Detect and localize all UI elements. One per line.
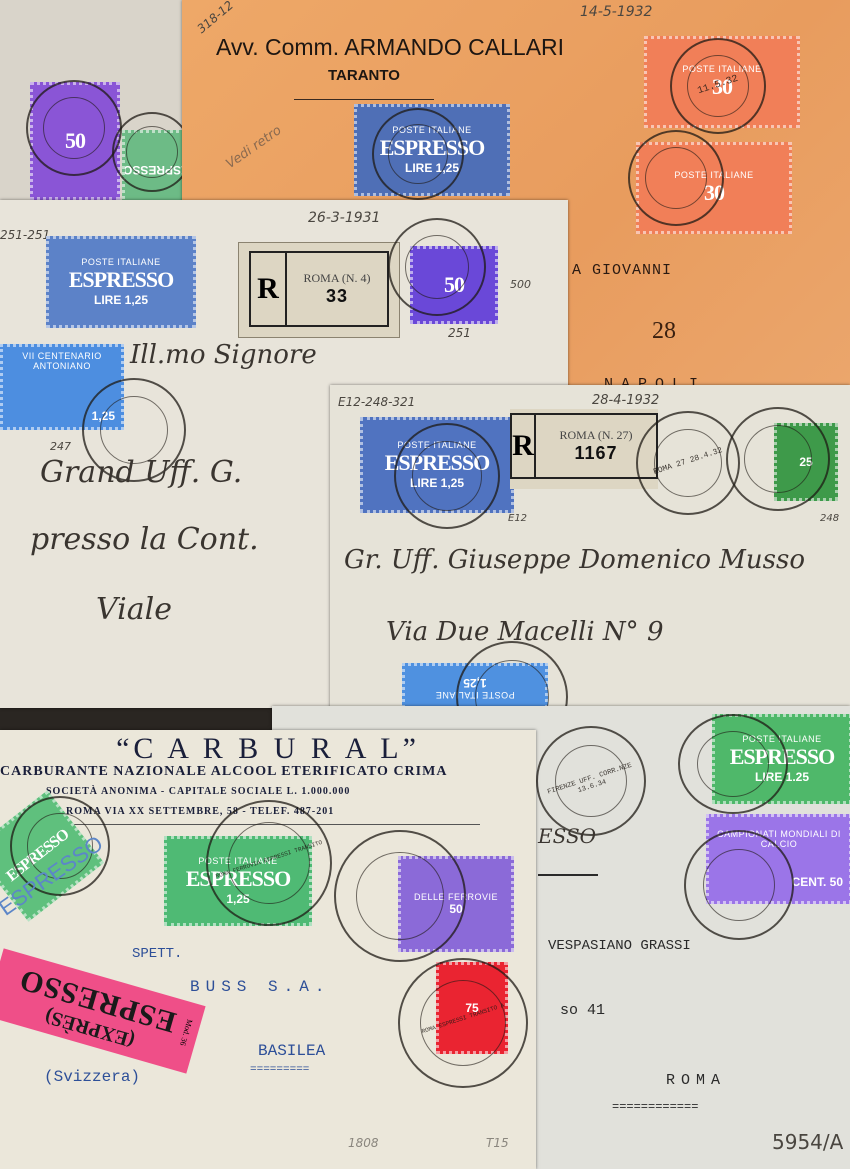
envelope-roma-n27: E12-248-321 28-4-1932 POSTE ITALIANE ESP…: [330, 385, 850, 710]
recipient: BUSS S.A.: [190, 978, 330, 996]
city: ROMA: [666, 1072, 726, 1089]
postmark: [372, 108, 464, 200]
pencil-mark: 1808: [348, 1136, 379, 1150]
postmark: [388, 218, 486, 316]
postmark: ROMA 27 28.4.32: [636, 411, 740, 515]
postmark: [26, 80, 122, 176]
pencil-mark: 500: [510, 278, 531, 291]
registration-label: R ROMA (N. 4) 33: [238, 242, 400, 338]
espresso-label: (EXPRÈS) ESPRESSO Mod. 36: [0, 948, 206, 1073]
company-line: SOCIETÀ ANONIMA - CAPITALE SOCIALE L. 1.…: [46, 786, 350, 797]
envelope-top-left: 50 ESPRESSO: [0, 0, 200, 212]
fragment-text: ESSO: [538, 824, 596, 848]
date-note: 26-3-1931: [308, 210, 380, 226]
postmark: [112, 112, 192, 192]
city-underline: ============: [612, 1100, 698, 1114]
pencil-mark: T15: [486, 1136, 509, 1150]
recipient-salutation: SPETT.: [132, 946, 182, 962]
pencil-ref: 318-12: [194, 0, 236, 36]
postmark: 11.5.32: [670, 38, 766, 134]
pencil-ref: E12-248-321: [338, 395, 415, 409]
postmark: [684, 830, 794, 940]
pencil-mark: E12: [508, 513, 527, 524]
registration-letter: R: [251, 253, 287, 325]
handwriting-line: Viale: [96, 592, 172, 627]
pencil-ref: 251-251: [0, 228, 50, 242]
date-note: 14-5-1932: [580, 4, 652, 20]
handwriting-line: Ill.mo Signore: [130, 340, 317, 370]
envelope-carbural: “C A R B U R A L” CARBURANTE NAZIONALE A…: [0, 730, 536, 1169]
pencil-ref: 5954/A: [772, 1130, 843, 1154]
sender-name: Avv. Comm. ARMANDO CALLARI: [216, 34, 564, 61]
city: BASILEA: [258, 1042, 325, 1060]
registration-label: R ROMA (N. 27) 1167: [510, 409, 658, 489]
label-code: Mod. 36: [178, 1018, 194, 1047]
postmark: [394, 423, 500, 529]
postmark: [456, 641, 568, 710]
handwriting-line: presso la Cont.: [30, 522, 259, 557]
postmark: [678, 714, 788, 814]
fragment-rule: [538, 874, 598, 876]
registration-office: ROMA (N. 27): [559, 428, 632, 443]
registration-letter: R: [512, 415, 536, 477]
registration-office: ROMA (N. 4): [303, 271, 370, 286]
postmark: [726, 407, 830, 511]
postmark: ROMA ESPRESSI TRANSITO A: [398, 958, 528, 1088]
city-underline: =========: [250, 1064, 309, 1076]
postmark: FIRENZE UFF. CORR.NZE 13.6.34: [536, 726, 646, 836]
letterhead-rule: [294, 99, 434, 100]
registration-number: 1167: [574, 443, 617, 464]
stamp-espresso-blue: POSTE ITALIANE ESPRESSO LIRE 1,25: [46, 236, 196, 328]
postmark: [334, 830, 466, 962]
pencil-mark: 251: [448, 326, 471, 340]
postmark: [628, 130, 724, 226]
handwriting-line: Gr. Uff. Giuseppe Domenico Musso: [344, 545, 805, 575]
pencil-note: Vedi retro: [223, 123, 284, 172]
house-number: 28: [652, 318, 676, 345]
sender-city: TARANTO: [328, 67, 400, 84]
registration-number: 33: [326, 286, 348, 307]
recipient-fragment: A GIOVANNI: [572, 262, 672, 279]
company-name: “C A R B U R A L”: [0, 732, 536, 766]
handwriting-line: Grand Uff. G.: [40, 455, 242, 490]
pencil-mark: 248: [820, 513, 839, 524]
street-fragment: so 41: [560, 1002, 605, 1019]
pencil-mark: 247: [50, 440, 71, 453]
postmark: ROMA FERROVIA ESPRESSI TRANSITO: [206, 800, 332, 926]
country: (Svizzera): [44, 1068, 140, 1086]
company-line: CARBURANTE NAZIONALE ALCOOL ETERIFICATO …: [0, 764, 447, 780]
recipient: VESPASIANO GRASSI: [548, 938, 691, 954]
date-note: 28-4-1932: [592, 393, 659, 408]
